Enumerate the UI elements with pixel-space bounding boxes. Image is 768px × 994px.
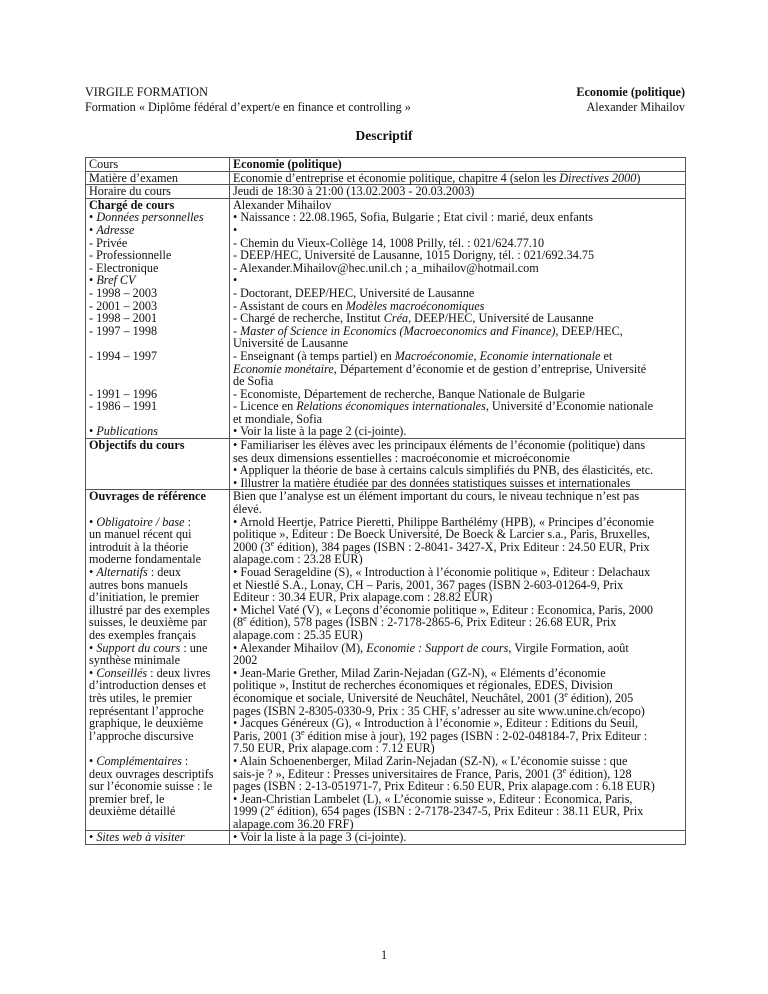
book-g: • Jacques Généreux (G), « Introduction à… xyxy=(233,717,682,755)
row-label: Horaire du cours xyxy=(86,185,230,199)
book-s: • Fouad Serageldine (S), « Introduction … xyxy=(233,566,682,604)
bullet-icon: • xyxy=(233,438,237,452)
organization-name: VIRGILE FORMATION xyxy=(85,85,411,100)
program-name: Formation « Diplôme fédéral d’expert/e e… xyxy=(85,100,411,115)
bullet-icon: • xyxy=(89,754,93,768)
bullet-icon: • xyxy=(89,223,93,237)
book-szn: • Alain Schoenenberger, Milad Zarin-Neja… xyxy=(233,755,682,793)
row-label: • Sites web à visiter xyxy=(86,831,230,845)
bullet-icon: • xyxy=(233,565,237,579)
book-v: • Michel Vaté (V), « Leçons d’économie p… xyxy=(233,604,682,642)
row-value: Economie d’entreprise et économie politi… xyxy=(230,171,686,185)
row-value: Economie (politique) xyxy=(230,158,686,172)
book-m: • Alexander Mihailov (M), Economie : Sup… xyxy=(233,642,682,667)
row-label: Objectifs du cours xyxy=(86,439,230,490)
bullet-icon: • xyxy=(233,223,237,237)
header-left: VIRGILE FORMATION Formation « Diplôme fé… xyxy=(85,85,411,115)
page-title: Descriptif xyxy=(0,128,768,144)
instructor-name: Alexander Mihailov xyxy=(576,100,685,115)
bullet-icon: • xyxy=(89,424,93,438)
row-value: • Voir la liste à la page 3 (ci-jointe). xyxy=(230,831,686,845)
table-row-ouvrages: Ouvrages de référence • Obligatoire / ba… xyxy=(86,490,686,831)
row-label: Matière d’examen xyxy=(86,171,230,185)
row-label: Chargé de cours • Données personnelles •… xyxy=(86,198,230,438)
bullet-icon: • xyxy=(233,476,237,490)
table-row-objectifs: Objectifs du cours • Familiariser les él… xyxy=(86,439,686,490)
book-gzn: • Jean-Marie Grether, Milad Zarin-Nejada… xyxy=(233,667,682,717)
bullet-icon: • xyxy=(89,830,93,844)
table-row-horaire: Horaire du cours Jeudi de 18:30 à 21:00 … xyxy=(86,185,686,199)
book-l: • Jean-Christian Lambelet (L), « L’écono… xyxy=(233,793,682,831)
email-addresses: - Alexander.Mihailov@hec.unil.ch ; a_mih… xyxy=(233,262,682,275)
row-value: Jeudi de 18:30 à 21:00 (13.02.2003 - 20.… xyxy=(230,185,686,199)
row-value: • Familiariser les élèves avec les princ… xyxy=(230,439,686,490)
book-hpb: • Arnold Heertje, Patrice Pieretti, Phil… xyxy=(233,516,682,566)
table-row-cours: Cours Economie (politique) xyxy=(86,158,686,172)
row-value: Alexander Mihailov • Naissance : 22.08.1… xyxy=(230,198,686,438)
page-number: 1 xyxy=(0,948,768,963)
table-row-charge: Chargé de cours • Données personnelles •… xyxy=(86,198,686,438)
table-row-matiere: Matière d’examen Economie d’entreprise e… xyxy=(86,171,686,185)
row-label: Ouvrages de référence • Obligatoire / ba… xyxy=(86,490,230,831)
bullet-icon: • xyxy=(233,830,237,844)
header-right: Economie (politique) Alexander Mihailov xyxy=(576,85,685,115)
table-row-sites: • Sites web à visiter • Voir la liste à … xyxy=(86,831,686,845)
row-value: Bien que l’analyse est un élément import… xyxy=(230,490,686,831)
course-name: Economie (politique) xyxy=(576,85,685,100)
course-description-table: Cours Economie (politique) Matière d’exa… xyxy=(85,157,686,845)
bullet-icon: • xyxy=(233,424,237,438)
bullet-icon: • xyxy=(89,565,93,579)
row-label: Cours xyxy=(86,158,230,172)
